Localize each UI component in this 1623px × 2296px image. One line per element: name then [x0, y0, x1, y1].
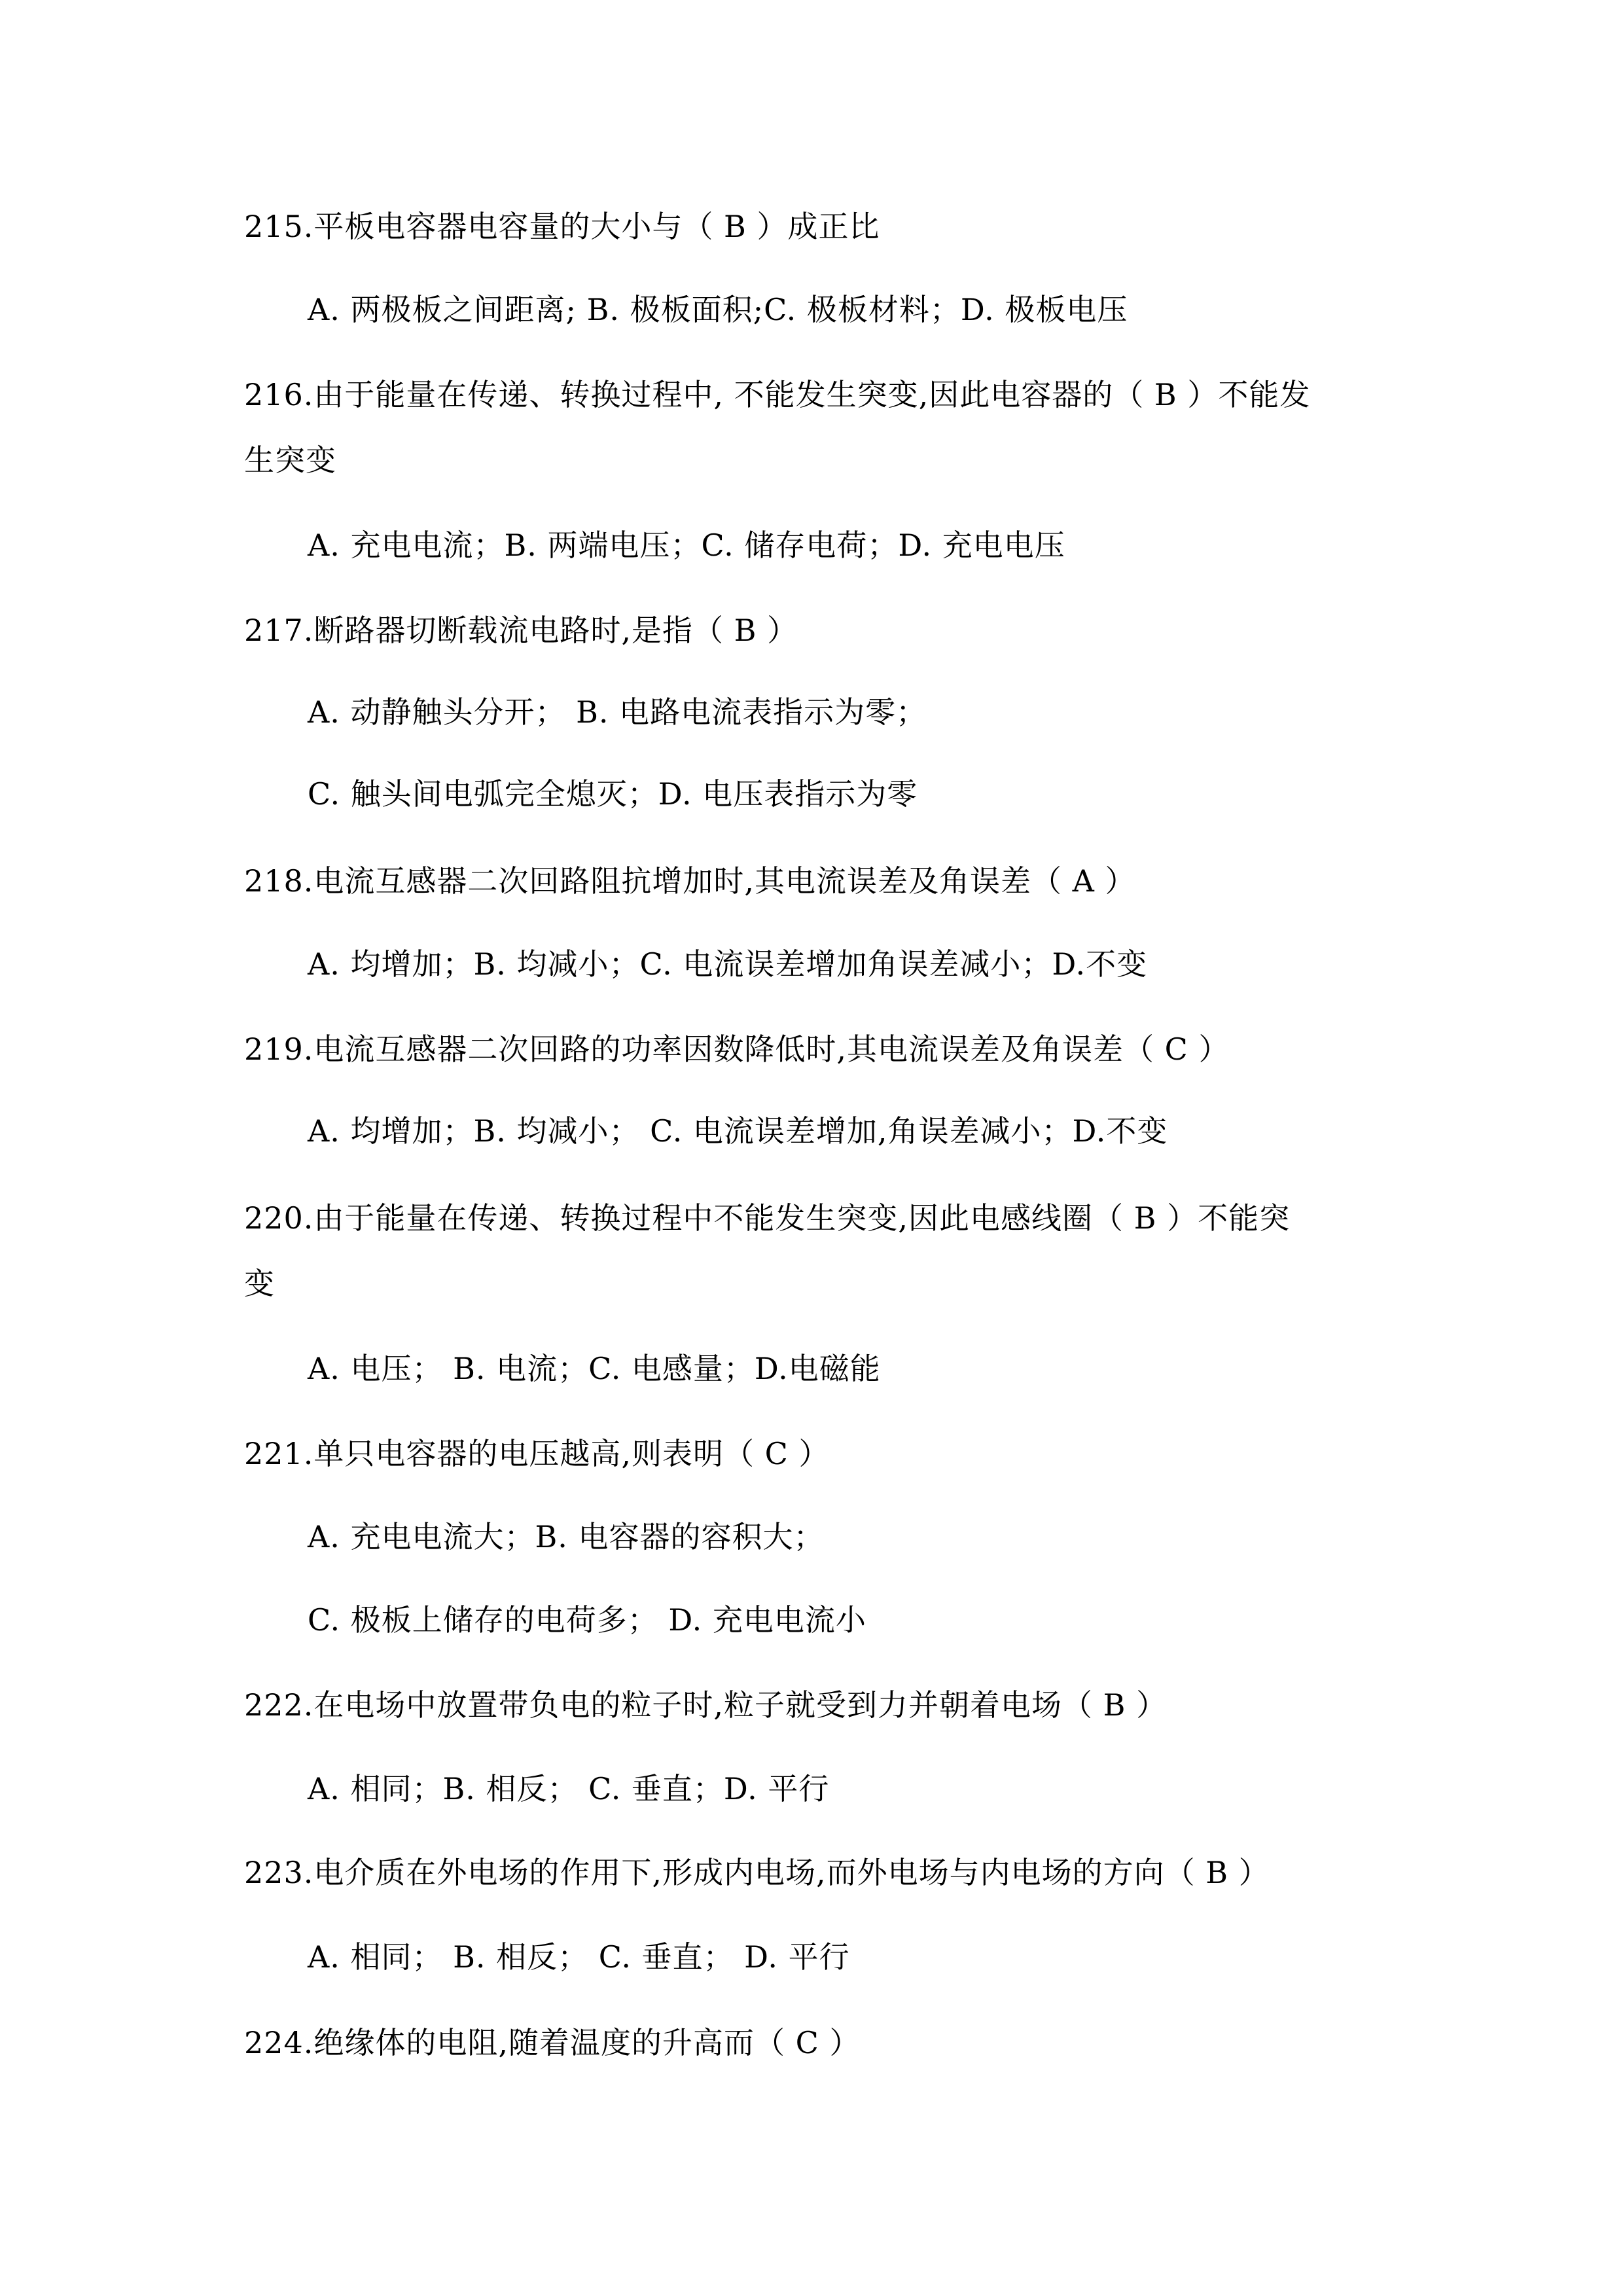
question-options: A. 动静触头分开； B. 电路电流表指示为零；: [308, 694, 927, 730]
question-options: A. 均增加；B. 均减小；C. 电流误差增加角误差减小；D.不变: [308, 946, 1147, 982]
question-options: A. 充电电流大；B. 电容器的容积大；: [308, 1518, 825, 1555]
question-text-continued: 生突变: [244, 442, 336, 478]
question-text: 224.绝缘体的电阻,随着温度的升高而（ C ）: [244, 2024, 860, 2061]
question-text: 216.由于能量在传递、转换过程中, 不能发生突变,因此电容器的（ B ）不能发: [244, 376, 1310, 413]
question-text: 219.电流互感器二次回路的功率因数降低时,其电流误差及角误差（ C ）: [244, 1031, 1229, 1067]
question-text: 217.断路器切断载流电路时,是指（ B ）: [244, 612, 798, 649]
document-page: 215.平板电容器电容量的大小与（ B ）成正比 A. 两极板之间距离; B. …: [0, 0, 1623, 2296]
question-text: 215.平板电容器电容量的大小与（ B ）成正比: [244, 208, 880, 245]
question-options: A. 相同；B. 相反； C. 垂直；D. 平行: [308, 1770, 829, 1807]
question-text: 220.由于能量在传递、转换过程中不能发生突变,因此电感线圈（ B ）不能突: [244, 1200, 1290, 1236]
question-options: A. 充电电流；B. 两端电压；C. 储存电荷；D. 充电电压: [308, 527, 1065, 564]
question-text-continued: 变: [244, 1265, 275, 1302]
question-text: 222.在电场中放置带负电的粒子时,粒子就受到力并朝着电场（ B ）: [244, 1687, 1167, 1723]
question-text: 218.电流互感器二次回路阻抗增加时,其电流误差及角误差（ A ）: [244, 863, 1136, 899]
question-options: A. 电压； B. 电流；C. 电感量；D.电磁能: [308, 1350, 881, 1387]
question-text: 221.单只电容器的电压越高,则表明（ C ）: [244, 1435, 829, 1472]
question-options-continued: C. 触头间电弧完全熄灭；D. 电压表指示为零: [308, 776, 918, 812]
question-options: A. 两极板之间距离; B. 极板面积;C. 极板材料；D. 极板电压: [308, 291, 1128, 328]
question-text: 223.电介质在外电场的作用下,形成内电场,而外电场与内电场的方向（ B ）: [244, 1854, 1270, 1891]
question-options-continued: C. 极板上储存的电荷多； D. 充电电流小: [308, 1602, 866, 1638]
question-options: A. 相同； B. 相反； C. 垂直； D. 平行: [308, 1939, 850, 1975]
question-options: A. 均增加；B. 均减小； C. 电流误差增加,角误差减小；D.不变: [308, 1113, 1168, 1149]
